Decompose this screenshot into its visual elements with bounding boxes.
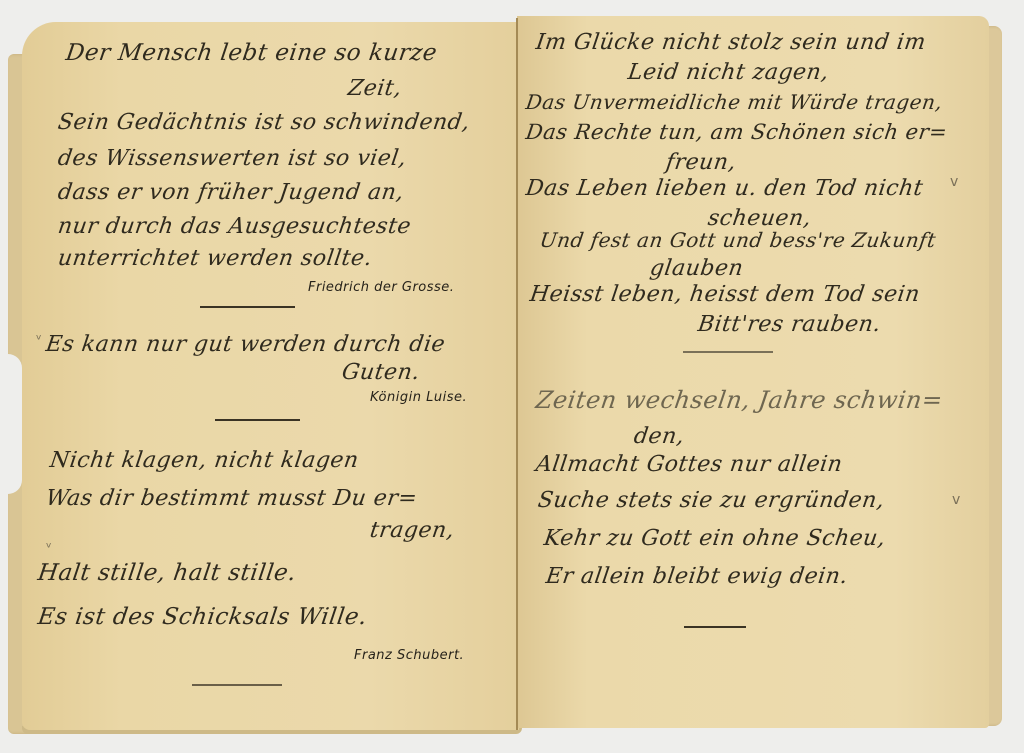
verse-line: tragen, [368,518,456,543]
verse-line: Sein Gedächtnis ist so schwindend, [56,110,471,135]
verse-line: unterrichtet werden sollte. [56,246,374,271]
verse-line: dass er von früher Jugend an, [56,180,405,205]
margin-mark: ᵛ [46,540,52,556]
verse-line: nur durch das Ausgesuchteste [56,214,413,239]
margin-mark: v [952,492,960,508]
signature: Königin Luise. [370,390,467,405]
verse-line: Leid nicht zagen, [626,60,830,85]
verse-line: Das Unvermeidliche mit Würde tragen, [524,90,944,114]
verse-line: Was dir bestimmt musst Du er= [44,486,419,511]
divider-rule [215,419,300,421]
verse-line: Zeit, [346,76,403,101]
divider-rule [192,684,282,686]
divider-rule [200,306,295,308]
signature: Franz Schubert. [354,648,464,663]
divider-rule [684,626,746,628]
verse-line: den, [632,424,686,449]
margin-mark: ᵛ [36,332,42,348]
verse-line: Bitt'res rauben. [696,312,882,337]
verse-line: glauben [648,256,745,281]
page-gap [8,354,22,494]
verse-line: Und fest an Gott und bess're Zukunft [538,228,937,252]
verse-line: Das Leben lieben u. den Tod nicht [524,176,925,201]
verse-line: Er allein bleibt ewig dein. [544,564,849,589]
book-spine [516,18,518,730]
margin-mark: v [950,174,958,190]
verse-line: Im Glücke nicht stolz sein und im [534,30,927,55]
verse-line: Das Rechte tun, am Schönen sich er= [524,120,949,144]
verse-line: Der Mensch lebt eine so kurze [64,40,439,66]
verse-line: Allmacht Gottes nur allein [534,452,844,477]
verse-line: des Wissenswerten ist so viel, [56,146,408,171]
verse-line: Nicht klagen, nicht klagen [48,448,360,473]
verse-line: Kehr zu Gott ein ohne Scheu, [542,526,887,551]
verse-line: Guten. [340,360,421,385]
verse-line: Suche stets sie zu ergründen, [536,488,886,513]
verse-line: Heisst leben, heisst dem Tod sein [528,282,921,307]
verse-line: Es ist des Schicksals Wille. [36,604,369,630]
verse-line: Halt stille, halt stille. [36,560,298,586]
verse-line: Es kann nur gut werden durch die [44,332,447,357]
signature: Friedrich der Grosse. [308,280,454,295]
open-poetry-album: Der Mensch lebt eine so kurze Zeit, Sein… [0,0,1024,753]
verse-line: Zeiten wechseln, Jahre schwin= [534,386,945,414]
divider-rule [683,351,773,353]
verse-line: freun, [664,150,738,175]
